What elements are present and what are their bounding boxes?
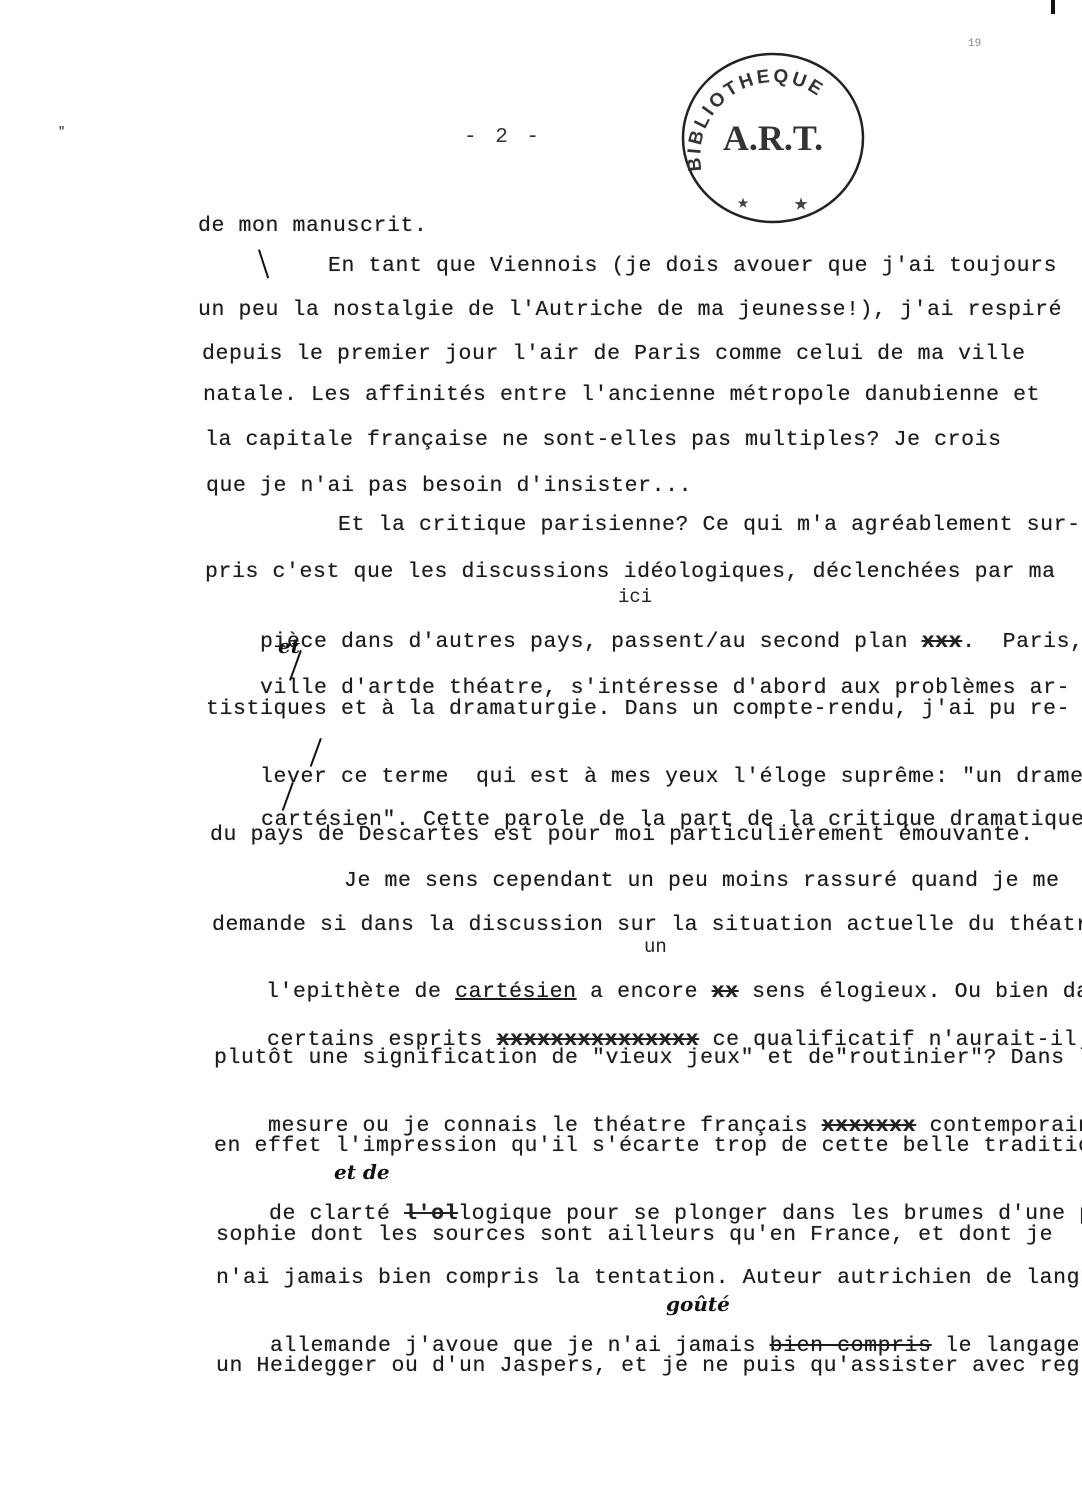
text-line: Je me sens cependant un peu moins rassur… <box>344 869 1060 893</box>
underlined-word: cartésien <box>455 980 577 1004</box>
library-stamp: BIBLIOTHEQUE A.R.T. ★ ★ <box>677 48 869 226</box>
text-line: sophie dont les sources sont ailleurs qu… <box>216 1223 1053 1247</box>
text-line: que je n'ai pas besoin d'insister... <box>206 474 692 498</box>
text-line: n'ai jamais bien compris la tentation. A… <box>216 1266 1082 1290</box>
text-line: Et la critique parisienne? Ce qui m'a ag… <box>338 513 1081 537</box>
text-line: En tant que Viennois (je dois avouer que… <box>328 254 1057 278</box>
text-line: depuis le premier jour l'air de Paris co… <box>202 342 1026 366</box>
struck-text: xx <box>712 980 739 1004</box>
text-line: du pays de Descartes est pour moi partic… <box>210 823 1034 847</box>
text-line: en effet l'impression qu'il s'écarte tro… <box>214 1134 1082 1158</box>
handwritten-v-mark <box>258 249 269 278</box>
stamp-icon: BIBLIOTHEQUE A.R.T. ★ ★ <box>677 48 869 226</box>
typed-insertion: ici <box>618 586 652 608</box>
text-line: la capitale française ne sont-elles pas … <box>205 428 1002 452</box>
typed-insertion: un <box>644 936 667 958</box>
text-line: plutôt une signification de "vieux jeux"… <box>214 1046 1082 1070</box>
page-number: - 2 - <box>464 126 542 149</box>
struck-text: xxx <box>922 630 963 654</box>
document-page: 19 " BIBLIOTHEQUE A.R.T. ★ ★ - 2 - de mo… <box>0 0 1082 1500</box>
text-line: demande si dans la discussion sur la sit… <box>212 913 1082 937</box>
corner-mark <box>1051 0 1055 14</box>
text-line: pris c'est que les discussions idéologiq… <box>205 560 1056 584</box>
star-icon: ★ <box>794 191 808 218</box>
text-line: tistiques et à la dramaturgie. Dans un c… <box>206 697 1070 721</box>
text-line: de mon manuscrit. <box>198 214 428 238</box>
margin-mark: " <box>58 125 65 139</box>
corner-id: 19 <box>968 38 981 50</box>
text-line: un Heidegger ou d'un Jaspers, et je ne p… <box>216 1354 1080 1378</box>
text-line: un peu la nostalgie de l'Autriche de ma … <box>198 298 1062 322</box>
text-line: natale. Les affinités entre l'ancienne m… <box>203 383 1040 407</box>
stamp-center-text: A.R.T. <box>723 118 823 158</box>
star-icon: ★ <box>737 192 749 215</box>
